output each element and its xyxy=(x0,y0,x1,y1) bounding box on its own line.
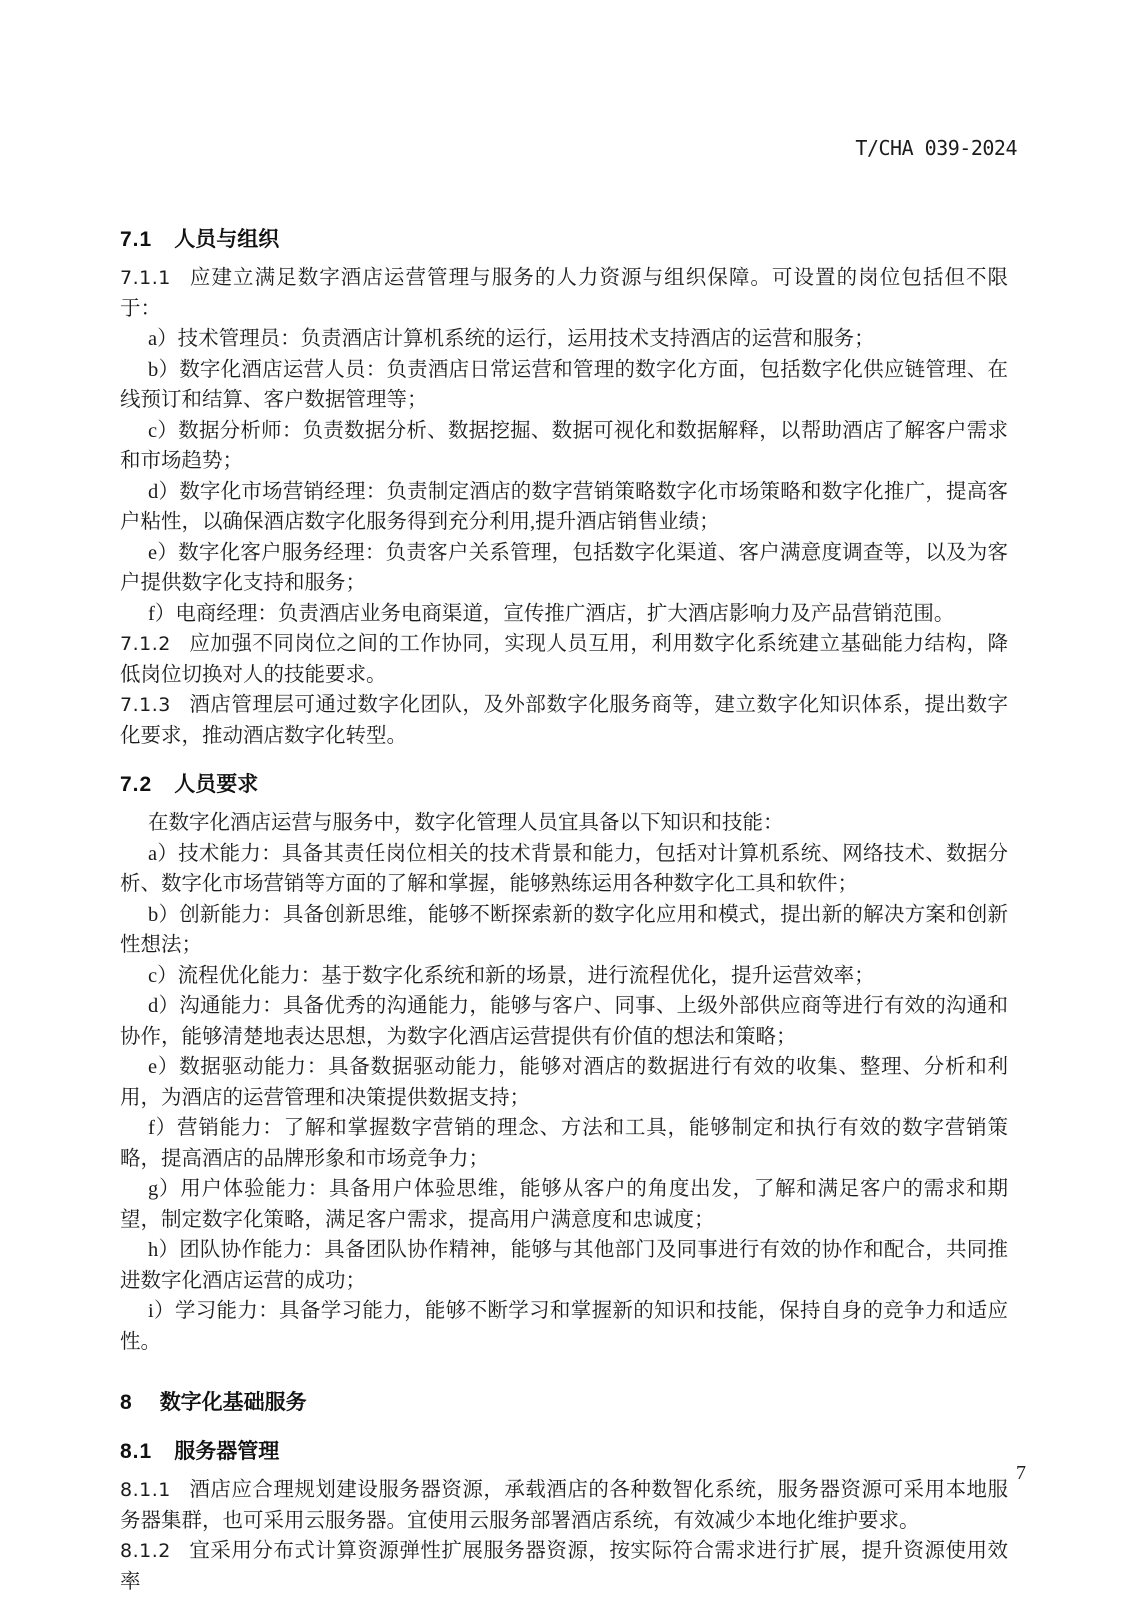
section-number: 7.1 xyxy=(120,228,152,251)
list-item-h: h）团队协作能力：具备团队协作精神，能够与其他部门及同事进行有效的协作和配合，共… xyxy=(120,1235,1008,1296)
chapter-number: 8 xyxy=(120,1391,132,1414)
clause-8-1-1: 8.1.1酒店应合理规划建设服务器资源，承载酒店的各种数智化系统，服务器资源可采… xyxy=(120,1475,1008,1536)
clause-text: 应加强不同岗位之间的工作协同，实现人员互用，利用数字化系统建立基础能力结构，降低… xyxy=(120,633,1008,686)
section-title: 人员要求 xyxy=(174,773,258,796)
section-title: 服务器管理 xyxy=(174,1440,279,1463)
list-item-a: a）技术能力：具备其责任岗位相关的技术背景和能力，包括对计算机系统、网络技术、数… xyxy=(120,839,1008,900)
clause-number: 7.1.3 xyxy=(120,694,171,716)
section-heading-7-2: 7.2人员要求 xyxy=(120,769,1008,800)
list-item-i: i）学习能力：具备学习能力，能够不断学习和掌握新的知识和技能，保持自身的竞争力和… xyxy=(120,1296,1008,1357)
clause-number: 7.1.2 xyxy=(120,633,171,655)
list-item-b: b）数字化酒店运营人员：负责酒店日常运营和管理的数字化方面，包括数字化供应链管理… xyxy=(120,355,1008,416)
list-item-e: e）数字化客户服务经理：负责客户关系管理，包括数字化渠道、客户满意度调查等，以及… xyxy=(120,538,1008,599)
document-page: T/CHA 039-2024 7.1人员与组织 7.1.1应建立满足数字酒店运营… xyxy=(0,0,1131,1600)
list-item-g: g）用户体验能力：具备用户体验思维，能够从客户的角度出发，了解和满足客户的需求和… xyxy=(120,1174,1008,1235)
document-body: 7.1人员与组织 7.1.1应建立满足数字酒店运营管理与服务的人力资源与组织保障… xyxy=(120,206,1008,1597)
chapter-title: 数字化基础服务 xyxy=(160,1391,307,1414)
clause-number: 8.1.1 xyxy=(120,1479,171,1501)
document-code: T/CHA 039-2024 xyxy=(855,136,1017,160)
list-item-c: c）流程优化能力：基于数字化系统和新的场景，进行流程优化，提升运营效率； xyxy=(120,961,1008,992)
clause-number: 8.1.2 xyxy=(120,1540,171,1562)
list-item-a: a）技术管理员：负责酒店计算机系统的运行，运用技术支持酒店的运营和服务； xyxy=(120,324,1008,355)
section-title: 人员与组织 xyxy=(174,228,279,251)
section-number: 7.2 xyxy=(120,773,152,796)
clause-7-1-1: 7.1.1应建立满足数字酒店运营管理与服务的人力资源与组织保障。可设置的岗位包括… xyxy=(120,263,1008,324)
clause-7-1-2: 7.1.2应加强不同岗位之间的工作协同，实现人员互用，利用数字化系统建立基础能力… xyxy=(120,629,1008,690)
section-heading-7-1: 7.1人员与组织 xyxy=(120,224,1008,255)
list-item-f: f）营销能力：了解和掌握数字营销的理念、方法和工具，能够制定和执行有效的数字营销… xyxy=(120,1113,1008,1174)
clause-number: 7.1.1 xyxy=(120,267,171,289)
intro-paragraph: 在数字化酒店运营与服务中，数字化管理人员宜具备以下知识和技能： xyxy=(120,808,1008,839)
clause-text: 酒店应合理规划建设服务器资源，承载酒店的各种数智化系统，服务器资源可采用本地服务… xyxy=(120,1479,1008,1532)
list-item-c: c）数据分析师：负责数据分析、数据挖掘、数据可视化和数据解释，以帮助酒店了解客户… xyxy=(120,416,1008,477)
clause-text: 应建立满足数字酒店运营管理与服务的人力资源与组织保障。可设置的岗位包括但不限于： xyxy=(120,267,1008,320)
chapter-heading-8: 8数字化基础服务 xyxy=(120,1387,1008,1418)
page-number: 7 xyxy=(1016,1462,1026,1485)
list-item-e: e）数据驱动能力：具备数据驱动能力，能够对酒店的数据进行有效的收集、整理、分析和… xyxy=(120,1052,1008,1113)
list-item-f: f）电商经理：负责酒店业务电商渠道，宣传推广酒店，扩大酒店影响力及产品营销范围。 xyxy=(120,599,1008,630)
clause-7-1-3: 7.1.3酒店管理层可通过数字化团队，及外部数字化服务商等，建立数字化知识体系，… xyxy=(120,690,1008,751)
clause-text: 宜采用分布式计算资源弹性扩展服务器资源，按实际符合需求进行扩展，提升资源使用效率 xyxy=(120,1540,1008,1593)
section-number: 8.1 xyxy=(120,1440,152,1463)
clause-8-1-2: 8.1.2宜采用分布式计算资源弹性扩展服务器资源，按实际符合需求进行扩展，提升资… xyxy=(120,1536,1008,1597)
list-item-b: b）创新能力：具备创新思维，能够不断探索新的数字化应用和模式，提出新的解决方案和… xyxy=(120,900,1008,961)
clause-text: 酒店管理层可通过数字化团队，及外部数字化服务商等，建立数字化知识体系，提出数字化… xyxy=(120,694,1008,747)
section-heading-8-1: 8.1服务器管理 xyxy=(120,1436,1008,1467)
list-item-d: d）数字化市场营销经理：负责制定酒店的数字营销策略数字化市场策略和数字化推广，提… xyxy=(120,477,1008,538)
list-item-d: d）沟通能力：具备优秀的沟通能力，能够与客户、同事、上级外部供应商等进行有效的沟… xyxy=(120,991,1008,1052)
